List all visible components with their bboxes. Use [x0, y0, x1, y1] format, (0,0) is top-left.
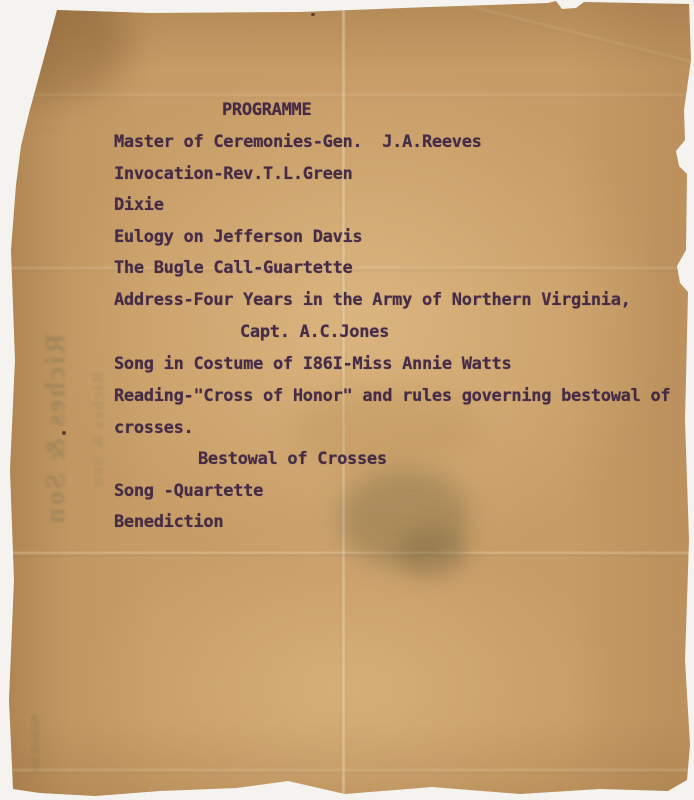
- diagonal-crease: [424, 0, 694, 65]
- programme-line: Master of Ceremonies-Gen. J.A.Reeves: [114, 132, 482, 152]
- programme-line: Benediction: [114, 512, 223, 532]
- horizontal-crease: [0, 94, 694, 98]
- programme-line: Invocation-Rev.T.L.Green: [114, 164, 352, 184]
- edge-darkening: [0, 0, 130, 100]
- page-title: PROGRAMME: [222, 100, 311, 120]
- programme-line: Song -Quartette: [114, 481, 263, 501]
- programme-line: The Bugle Call-Guartette: [114, 258, 352, 278]
- horizontal-crease: [0, 769, 694, 773]
- programme-line: Address-Four Years in the Army of Northe…: [114, 290, 631, 310]
- programme-line-indented: Capt. A.C.Jones: [240, 322, 389, 342]
- dark-stain: [398, 528, 468, 578]
- showthrough-text: Riches & Son: [90, 290, 114, 570]
- scanned-programme-document: Riches & Son Riches & Son Riches & Son P…: [0, 0, 694, 800]
- paper-sheet: Riches & Son Riches & Son Riches & Son P…: [0, 0, 694, 800]
- showthrough-text: Riches & Son: [30, 704, 42, 784]
- programme-line: Dixie: [114, 195, 164, 215]
- programme-line: Song in Costume of I86I-Miss Annie Watts: [114, 354, 511, 374]
- programme-line: Reading-"Cross of Honor" and rules gover…: [114, 386, 670, 406]
- programme-line: Eulogy on Jefferson Davis: [114, 227, 362, 247]
- ink-speck: [311, 13, 315, 16]
- programme-line-indented: Bestowal of Crosses: [198, 449, 387, 469]
- programme-line-continuation: crosses.: [114, 418, 193, 438]
- showthrough-text: Riches & Son: [40, 300, 76, 560]
